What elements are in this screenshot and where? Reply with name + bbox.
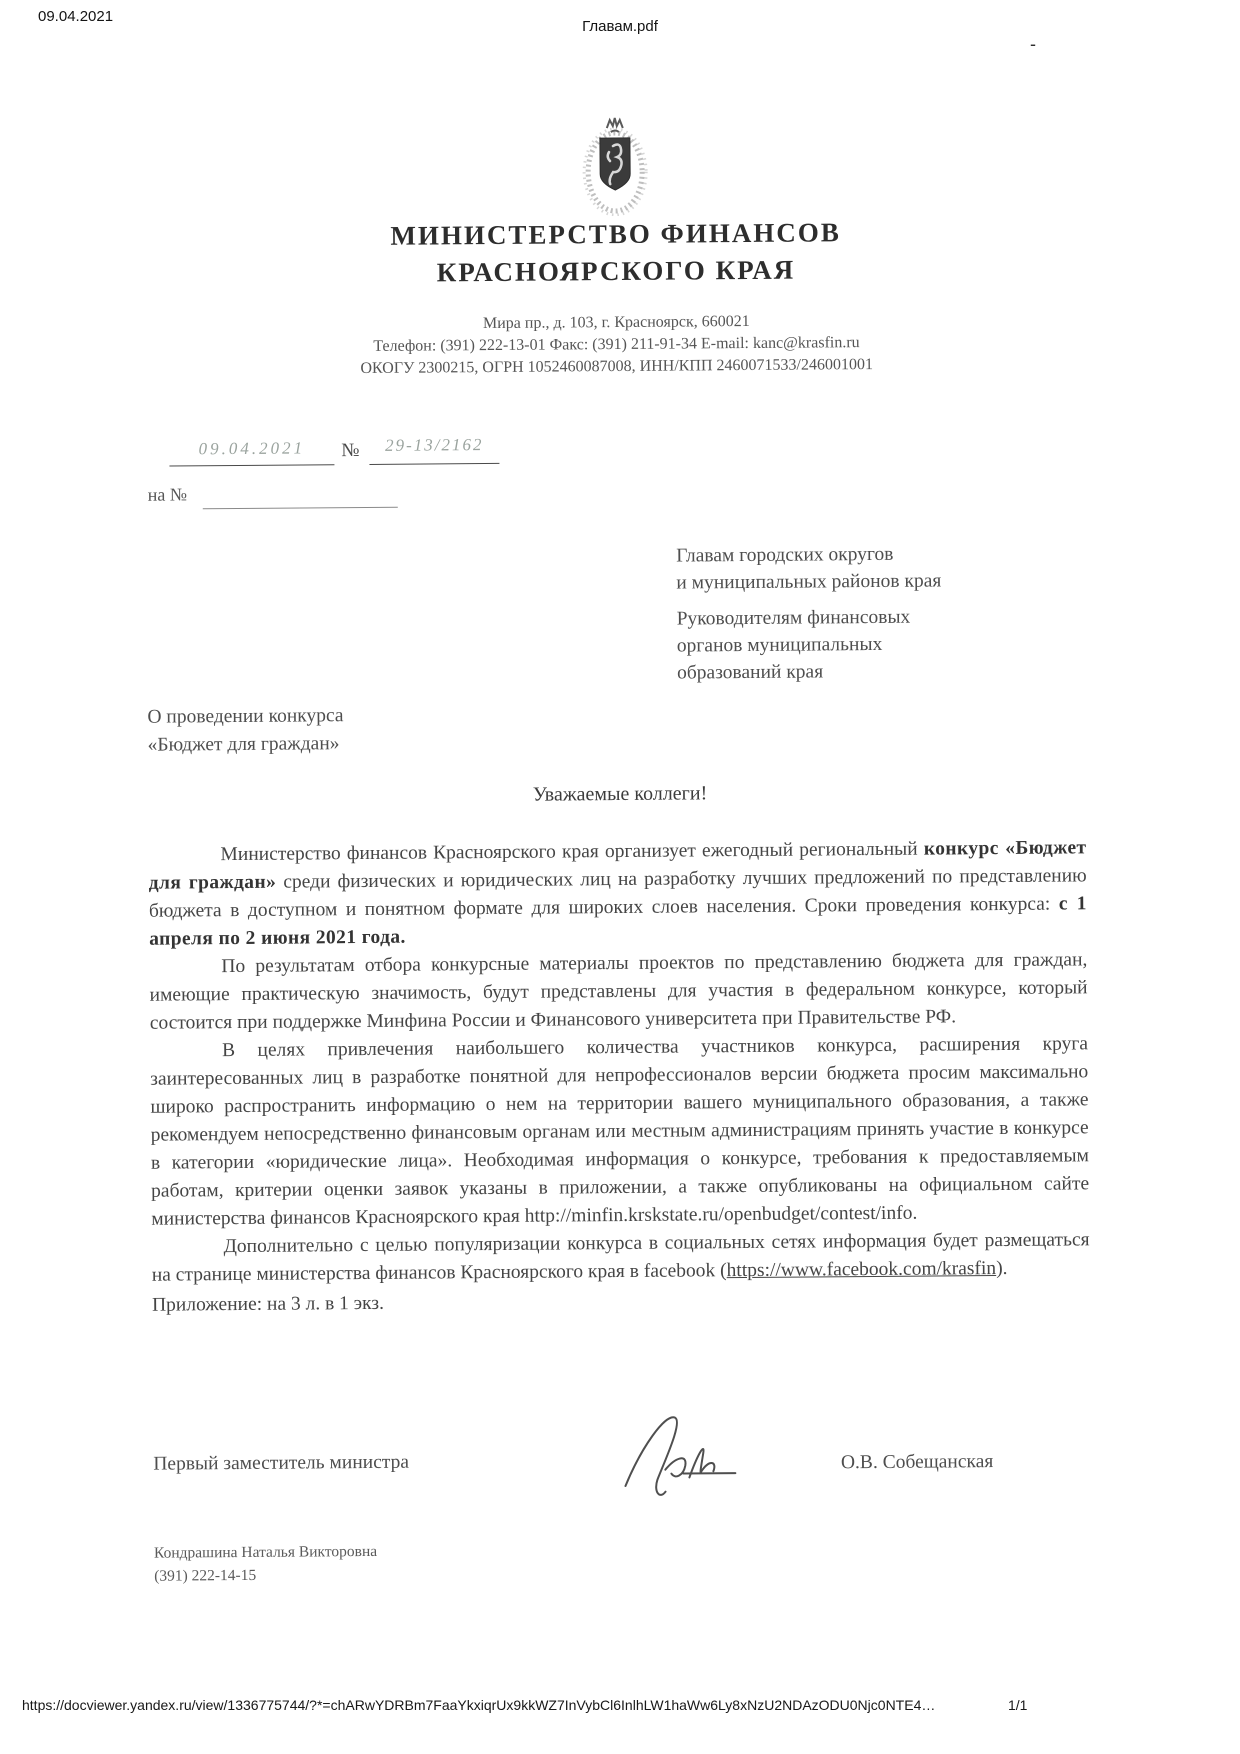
paragraph-text: среди физических и юридических лиц на ра… [149, 865, 1087, 921]
executor-name: Кондрашина Наталья Викторовна [154, 1540, 377, 1565]
org-name-line1: МИНИСТЕРСТВО ФИНАНСОВ [0, 214, 1236, 255]
letter-body: Министерство финансов Красноярского края… [148, 834, 1090, 1319]
outgoing-date-handwritten: 09.04.2021 [169, 438, 334, 466]
recipients-block: Главам городских округов и муниципальных… [676, 540, 942, 686]
paragraph-1: Министерство финансов Красноярского края… [148, 834, 1087, 953]
paragraph-text: Министерство финансов Красноярского края… [220, 839, 923, 866]
subject-block: О проведении конкурса «Бюджет для гражда… [147, 702, 343, 760]
org-name-line2: КРАСНОЯРСКОГО КРАЯ [0, 251, 1236, 292]
recipient-line: органов муниципальных [677, 630, 942, 659]
coat-of-arms-icon [578, 116, 653, 222]
salutation: Уважаемые коллеги! [0, 778, 1240, 811]
page-indicator: 1/1 [1008, 1697, 1027, 1713]
executor-block: Кондрашина Наталья Викторовна (391) 222-… [154, 1540, 377, 1588]
signer-name: О.В. Собещанская [841, 1451, 994, 1474]
recipient-line: Руководителям финансовых [677, 603, 942, 632]
docviewer-url: https://docviewer.yandex.ru/view/1336775… [22, 1697, 992, 1713]
recipient-line: образований края [677, 657, 942, 686]
paragraph-3: В целях привлечения наибольшего количест… [150, 1030, 1090, 1233]
reply-to-blank-line [203, 483, 398, 510]
signature-icon [613, 1407, 764, 1513]
attachment-note: Приложение: на 3 л. в 1 экз. [152, 1284, 1090, 1319]
signer-position: Первый заместитель министра [153, 1452, 409, 1476]
paragraph-2: По результатам отбора конкурсные материа… [149, 946, 1088, 1037]
recipient-line: Главам городских округов [676, 540, 941, 569]
outgoing-number-handwritten: 29-13/2162 [369, 435, 499, 465]
signature-row: Первый заместитель министра О.В. Собещан… [153, 1405, 994, 1522]
letter-scan: МИНИСТЕРСТВО ФИНАНСОВ КРАСНОЯРСКОГО КРАЯ… [0, 0, 1240, 1754]
paragraph-4: Дополнительно с целью популяризации конк… [151, 1226, 1089, 1289]
reply-to-label: на № [148, 484, 187, 505]
executor-phone: (391) 222-14-15 [154, 1563, 377, 1588]
number-sign: № [341, 440, 359, 462]
facebook-link[interactable]: https://www.facebook.com/krasfin [727, 1258, 997, 1281]
letterhead-contacts: Мира пр., д. 103, г. Красноярск, 660021 … [0, 307, 1237, 383]
print-preview-page: 09.04.2021 Главам.pdf - МИНИСТЕРСТВО ФИН… [0, 0, 1240, 1754]
paragraph-text: ). [996, 1258, 1008, 1279]
subject-line: О проведении конкурса [147, 702, 343, 732]
recipient-line: и муниципальных районов края [676, 567, 941, 596]
subject-line: «Бюджет для граждан» [148, 730, 344, 760]
